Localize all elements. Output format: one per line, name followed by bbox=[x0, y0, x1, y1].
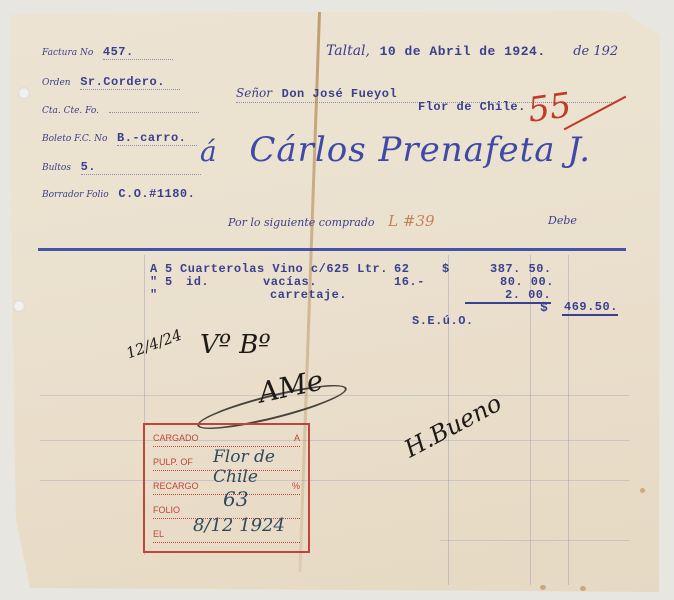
header-divider bbox=[38, 248, 626, 251]
item-amount: 387. 50. bbox=[490, 262, 552, 276]
stamp-row-el: EL 8/12 1924 bbox=[153, 529, 300, 543]
seller-prefix: á bbox=[200, 135, 218, 168]
stain bbox=[580, 586, 586, 591]
bultos-field: Bultos 5. bbox=[42, 157, 201, 175]
purchase-ref: L #39 bbox=[388, 212, 434, 230]
stamp-suffix: % bbox=[292, 481, 300, 491]
stamp-label: FOLIO bbox=[153, 505, 180, 515]
date-scribble: 12/4/24 bbox=[124, 326, 184, 363]
year-prefix: de 192 bbox=[573, 44, 618, 59]
factura-label: Factura No bbox=[42, 48, 93, 58]
boleto-value: B.-carro. bbox=[117, 131, 197, 146]
item-qty: 5 bbox=[165, 262, 173, 276]
item-qty: 5 bbox=[165, 275, 173, 289]
stamp-label: RECARGO bbox=[153, 481, 199, 491]
item-currency: $ bbox=[442, 262, 450, 276]
cta-value bbox=[109, 112, 199, 113]
stamp-suffix: A bbox=[294, 433, 300, 443]
borrador-value: C.O.#1180. bbox=[118, 187, 195, 201]
boleto-label: Boleto F.C. No bbox=[42, 134, 107, 144]
footer-note: S.E.ú.O. bbox=[412, 314, 474, 328]
line-item: A 5 Cuarterolas Vino c/625 Ltr. 62 $ 387… bbox=[150, 262, 630, 275]
item-description: Cuarterolas Vino c/625 Ltr. bbox=[180, 262, 388, 276]
borrador-label: Borrador Folio bbox=[42, 190, 109, 200]
stamp-label: PULP. OF bbox=[153, 457, 193, 467]
punch-hole bbox=[18, 87, 30, 99]
grid-line bbox=[440, 540, 630, 541]
senor-label: Señor bbox=[236, 86, 272, 100]
orden-label: Orden bbox=[42, 78, 71, 88]
stamp-row-pulp: PULP. OF Flor de Chile bbox=[153, 457, 300, 471]
orden-value: Sr.Cordero. bbox=[80, 75, 180, 90]
item-unit-price: 62 bbox=[394, 262, 409, 276]
stamp-row-cargado: CARGADO A bbox=[153, 433, 300, 447]
seller-name: Cárlos Prenafeta J. bbox=[249, 130, 591, 170]
bultos-value: 5. bbox=[81, 160, 201, 175]
grid-line bbox=[530, 255, 531, 585]
orden-field: Orden Sr.Cordero. bbox=[42, 72, 180, 90]
customer-business: Flor de Chile. bbox=[418, 100, 526, 114]
date-line: Taltal, 10 de Abril de 1924. de 192 bbox=[326, 42, 618, 60]
right-signature: H.Bueno bbox=[400, 389, 507, 463]
red-annotation: 55 bbox=[525, 85, 573, 131]
item-marker: " bbox=[150, 275, 158, 289]
invoice-date: 10 de Abril de 1924. bbox=[380, 44, 546, 59]
cta-label: Cta. Cte. Fo. bbox=[42, 106, 99, 116]
stain bbox=[540, 585, 546, 590]
accounting-stamp: CARGADO A PULP. OF Flor de Chile RECARGO… bbox=[143, 423, 310, 553]
invoice-paper: Factura No 457. Orden Sr.Cordero. Cta. C… bbox=[0, 0, 674, 600]
total-amount: 469.50. bbox=[562, 300, 618, 316]
grid-line bbox=[40, 480, 630, 481]
stamp-handwritten: 63 bbox=[223, 487, 248, 511]
stamp-label: EL bbox=[153, 529, 164, 539]
borrador-field: Borrador Folio C.O.#1180. bbox=[42, 184, 195, 202]
factura-field: Factura No 457. bbox=[42, 42, 173, 60]
place-label: Taltal, bbox=[326, 43, 370, 59]
debe-label: Debe bbox=[548, 214, 577, 227]
item-amount: 2. 00. bbox=[465, 288, 551, 304]
vobo-mark: Vº Bº bbox=[200, 330, 271, 360]
item-amount: 80. 00. bbox=[500, 275, 554, 289]
stain bbox=[640, 488, 645, 493]
boleto-field: Boleto F.C. No B.-carro. bbox=[42, 128, 197, 146]
item-marker: A bbox=[150, 262, 158, 276]
grid-line bbox=[40, 440, 630, 441]
total-currency: $ bbox=[540, 300, 548, 315]
line-items: A 5 Cuarterolas Vino c/625 Ltr. 62 $ 387… bbox=[150, 262, 630, 301]
seller-line: á Cárlos Prenafeta J. bbox=[200, 130, 591, 170]
item-description: carretaje. bbox=[270, 288, 347, 302]
item-description: id. vacías. bbox=[186, 275, 317, 289]
line-item: " carretaje. 2. 00. bbox=[150, 288, 630, 301]
purchase-line: Por lo siguiente comprado L #39 bbox=[228, 212, 435, 231]
factura-number: 457. bbox=[103, 45, 173, 60]
stamp-handwritten: 8/12 1924 bbox=[193, 515, 285, 536]
line-item: " 5 id. vacías. 16.- 80. 00. bbox=[150, 275, 630, 288]
customer-name: Don José Fueyol bbox=[282, 87, 398, 101]
item-unit-price: 16.- bbox=[394, 275, 425, 289]
bultos-label: Bultos bbox=[42, 163, 71, 173]
cta-field: Cta. Cte. Fo. bbox=[42, 100, 199, 118]
purchase-label: Por lo siguiente comprado bbox=[228, 216, 375, 229]
stamp-label: CARGADO bbox=[153, 433, 199, 443]
punch-hole bbox=[13, 300, 25, 312]
item-marker: " bbox=[150, 288, 158, 302]
